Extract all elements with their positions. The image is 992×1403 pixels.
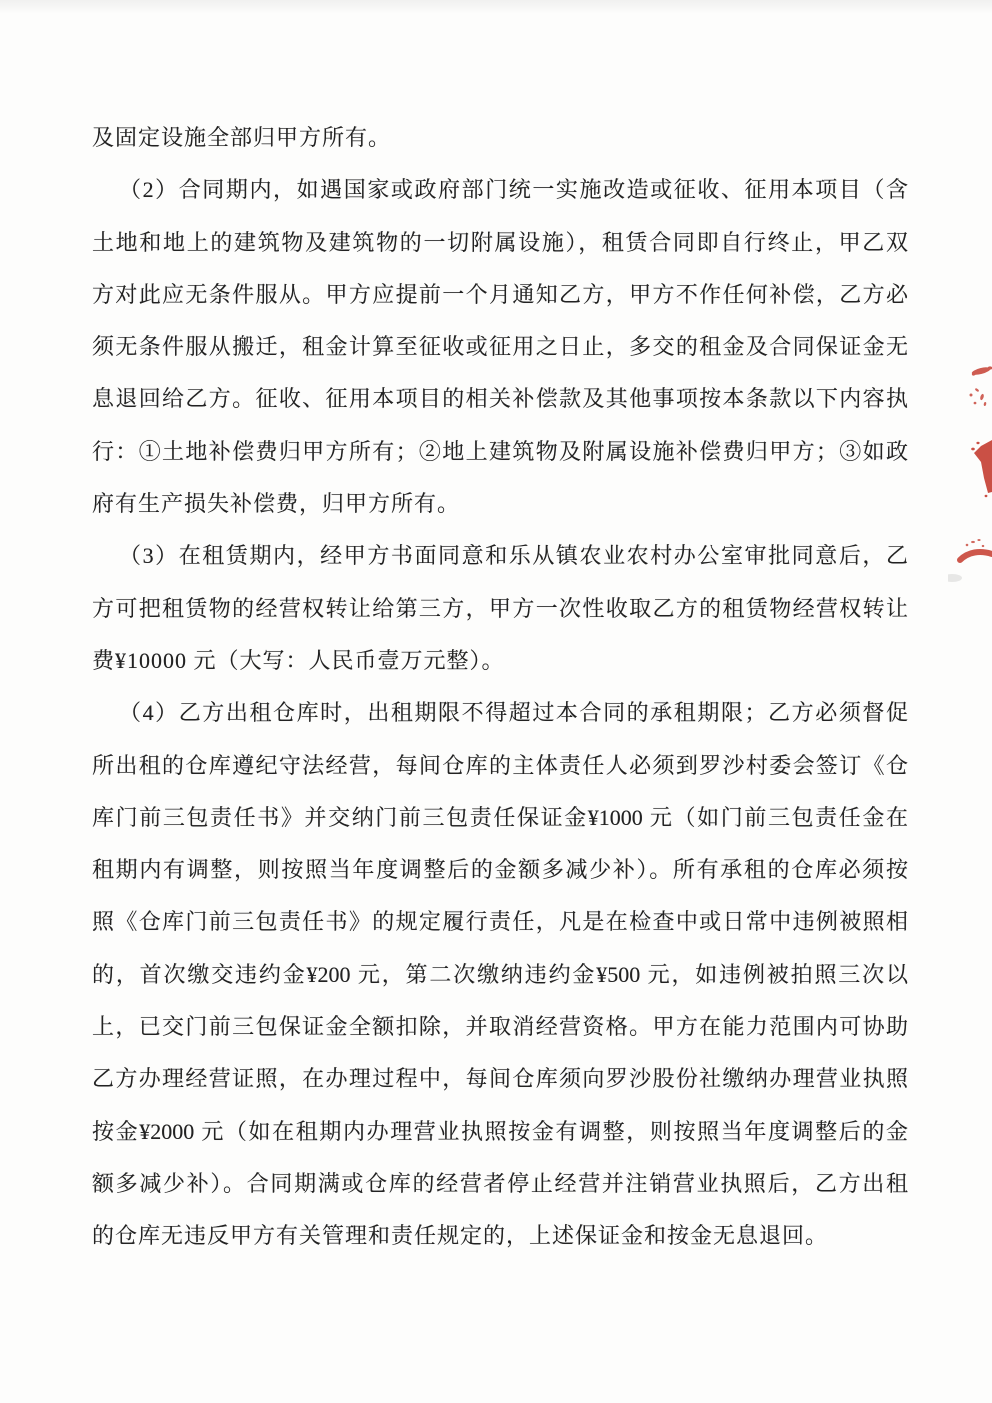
red-seal-stamp-fragment xyxy=(948,350,992,595)
text-line: 库门前三包责任书》并交纳门前三包责任保证金¥1000 元（如门前三包责任金在 xyxy=(92,792,908,844)
text-line: 须无条件服从搬迁，租金计算至征收或征用之日止，多交的租金及合同保证金无 xyxy=(92,321,908,373)
text-line: 按金¥2000 元（如在租期内办理营业执照按金有调整，则按照当年度调整后的金 xyxy=(92,1106,908,1158)
seal-specks-lower xyxy=(966,539,985,547)
text-line: 的，首次缴交违约金¥200 元，第二次缴纳违约金¥500 元，如违例被拍照三次以 xyxy=(92,949,908,1001)
seal-specks-upper xyxy=(970,388,987,407)
text-line: （3）在租赁期内，经甲方书面同意和乐从镇农业农村办公室审批同意后，乙 xyxy=(92,530,908,582)
text-line: 的仓库无违反甲方有关管理和责任规定的，上述保证金和按金无息退回。 xyxy=(92,1210,908,1262)
text-line: 所出租的仓库遵纪守法经营，每间仓库的主体责任人必须到罗沙村委会签订《仓 xyxy=(92,740,908,792)
text-line: 方对此应无条件服从。甲方应提前一个月通知乙方，甲方不作任何补偿，乙方必 xyxy=(92,269,908,321)
document-page: 及固定设施全部归甲方所有。（2）合同期内，如遇国家或政府部门统一实施改造或征收、… xyxy=(0,0,992,1403)
text-line: 土地和地上的建筑物及建筑物的一切附属设施），租赁合同即自行终止，甲乙双 xyxy=(92,217,908,269)
text-line: 上，已交门前三包保证金全额扣除，并取消经营资格。甲方在能力范围内可协助 xyxy=(92,1001,908,1053)
text-line: 租期内有调整，则按照当年度调整后的金额多减少补）。所有承租的仓库必须按 xyxy=(92,844,908,896)
text-line: 额多减少补）。合同期满或仓库的经营者停止经营并注销营业执照后，乙方出租 xyxy=(92,1158,908,1210)
text-line: （2）合同期内，如遇国家或政府部门统一实施改造或征收、征用本项目（含 xyxy=(92,164,908,216)
text-line: （4）乙方出租仓库时，出租期限不得超过本合同的承租期限；乙方必须督促 xyxy=(92,687,908,739)
seal-ink-fragments xyxy=(960,366,992,560)
seal-star-icon xyxy=(971,440,992,497)
scan-artifact-top xyxy=(0,0,992,14)
text-line: 费¥10000 元（大写：人民币壹万元整）。 xyxy=(92,635,908,687)
contract-text-block: 及固定设施全部归甲方所有。（2）合同期内，如遇国家或政府部门统一实施改造或征收、… xyxy=(92,112,908,1263)
seal-arc-fragment xyxy=(960,552,992,560)
text-line: 方可把租赁物的经营权转让给第三方，甲方一次性收取乙方的租赁物经营权转让 xyxy=(92,583,908,635)
seal-dash-top xyxy=(971,366,992,376)
text-line: 府有生产损失补偿费，归甲方所有。 xyxy=(92,478,908,530)
text-line: 照《仓库门前三包责任书》的规定履行责任，凡是在检查中或日常中违例被照相 xyxy=(92,896,908,948)
text-line: 乙方办理经营证照，在办理过程中，每间仓库须向罗沙股份社缴纳办理营业执照 xyxy=(92,1053,908,1105)
text-line: 及固定设施全部归甲方所有。 xyxy=(92,112,908,164)
scan-smudge xyxy=(948,574,962,582)
text-line: 息退回给乙方。征收、征用本项目的相关补偿款及其他事项按本条款以下内容执 xyxy=(92,373,908,425)
text-line: 行：①土地补偿费归甲方所有；②地上建筑物及附属设施补偿费归甲方；③如政 xyxy=(92,426,908,478)
